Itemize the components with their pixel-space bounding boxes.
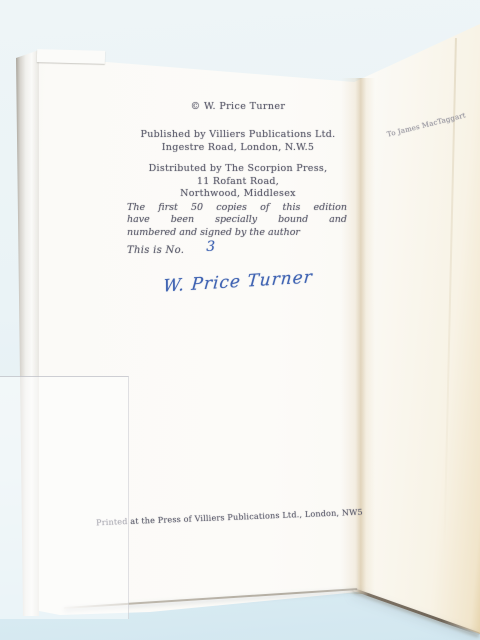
limitation-notice: The first 50 copies of this edition have…: [127, 202, 347, 239]
distributor-line-1: Distributed by The Scorpion Press,: [118, 163, 358, 174]
limitation-line-1: The first 50 copies of this edition: [127, 202, 347, 214]
photo-backdrop: To James MacTaggart © W. Price Turner Pu…: [0, 0, 480, 640]
distributor-line-3: Northwood, Middlesex: [118, 188, 358, 199]
copyright-line: © W. Price Turner: [118, 101, 358, 112]
limitation-line-3: numbered and signed by the author: [127, 227, 347, 239]
tissue-overlay: [0, 376, 129, 619]
copy-number-line: This is No.3: [127, 241, 215, 257]
left-jacket-top-notch: [37, 49, 105, 64]
limitation-line-2: have been specially bound and: [127, 214, 347, 226]
handwritten-copy-number: 3: [206, 239, 215, 255]
copy-number-label: This is No.: [127, 245, 184, 256]
publisher-line-1: Published by Villiers Publications Ltd.: [118, 129, 358, 140]
publisher-line-2: Ingestre Road, London, N.W.5: [118, 142, 358, 153]
distributor-line-2: 11 Rofant Road,: [118, 176, 358, 187]
